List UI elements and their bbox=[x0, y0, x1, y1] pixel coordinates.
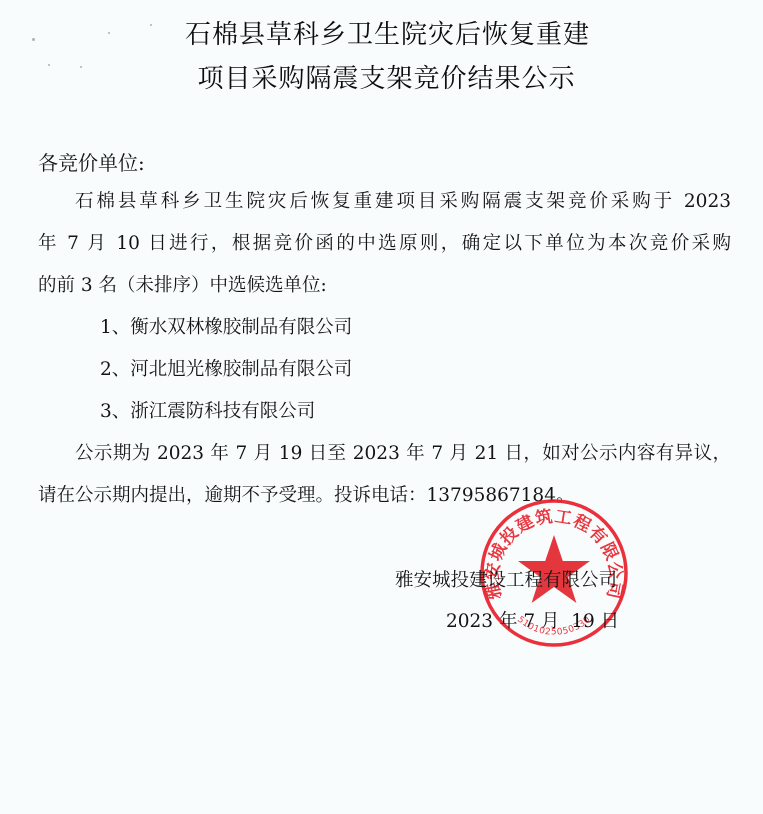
candidate-name: 浙江震防科技有限公司 bbox=[130, 401, 315, 422]
paragraph1-line2: 年 7 月 10 日进行，根据竞价函的中选原则，确定以下单位为本次竞价采购 bbox=[38, 229, 731, 255]
candidate-index: 2、 bbox=[100, 359, 130, 380]
candidate-index: 3、 bbox=[100, 401, 130, 422]
candidate-name: 河北旭光橡胶制品有限公司 bbox=[130, 359, 352, 380]
document-title-line2: 项目采购隔震支架竞价结果公示 bbox=[5, 58, 763, 95]
candidate-name: 衡水双林橡胶制品有限公司 bbox=[130, 317, 352, 338]
signature-date: 2023 年 7 月 19 日 bbox=[446, 607, 619, 633]
salutation: 各竞价单位: bbox=[38, 147, 145, 176]
candidate-item: 2、河北旭光橡胶制品有限公司 bbox=[100, 355, 352, 381]
paragraph2-line1: 公示期为 2023 年 7 月 19 日至 2023 年 7 月 21 日，如对… bbox=[75, 439, 731, 465]
paragraph1-line3: 的前 3 名（未排序）中选候选单位: bbox=[38, 271, 327, 297]
signature-company: 雅安城投建设工程有限公司 bbox=[395, 566, 617, 592]
candidate-item: 1、衡水双林橡胶制品有限公司 bbox=[100, 313, 352, 339]
candidate-index: 1、 bbox=[100, 317, 130, 338]
candidate-item: 3、浙江震防科技有限公司 bbox=[100, 397, 315, 423]
paragraph1-line1: 石棉县草科乡卫生院灾后恢复重建项目采购隔震支架竞价采购于 2023 bbox=[75, 187, 731, 213]
document-title-line1: 石棉县草科乡卫生院灾后恢复重建 bbox=[6, 14, 763, 51]
